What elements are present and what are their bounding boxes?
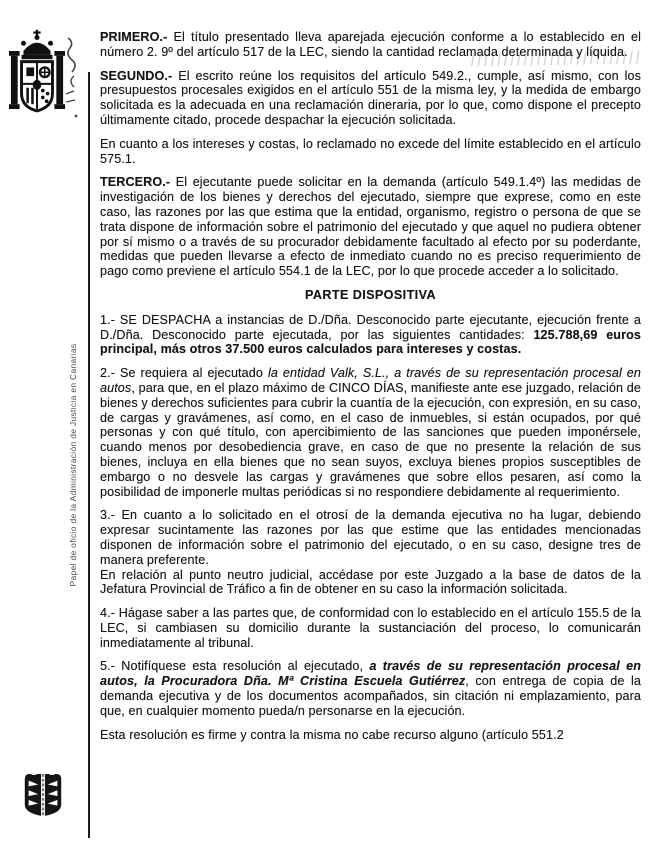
section-heading: PARTE DISPOSITIVA: [100, 288, 641, 303]
text-run: 4.- Hágase saber a las partes que, de co…: [100, 606, 641, 650]
paragraph: 4.- Hágase saber a las partes que, de co…: [100, 606, 641, 650]
stamp-fragment: [609, 16, 613, 30]
stamp-fragment: [549, 17, 564, 26]
text-run: Esta resolución es firme y contra la mis…: [100, 728, 564, 742]
paragraph: 3.- En cuanto a lo solicitado en el otro…: [100, 508, 641, 567]
bottom-ink-stamp-icon: [20, 771, 66, 821]
paragraph: En cuanto a los intereses y costas, lo r…: [100, 137, 641, 167]
paragraph: SEGUNDO.- El escrito reúne los requisito…: [100, 69, 641, 128]
spain-coat-of-arms-icon: [8, 28, 66, 134]
text-run: 2.- Se requiera al ejecutado: [100, 366, 268, 380]
paragraph: En relación al punto neutro judicial, ac…: [100, 568, 641, 598]
stamp-fragment: [591, 16, 604, 31]
paragraph: 1.- SE DESPACHA a instancias de D./Dña. …: [100, 313, 641, 357]
text-run: PARTE DISPOSITIVA: [305, 288, 436, 302]
margin-vertical-rule: [88, 72, 90, 838]
paragraph: TERCERO.- El ejecutante puede solicitar …: [100, 175, 641, 279]
text-run: El escrito reúne los requisitos del artí…: [100, 69, 641, 127]
document-body: PRIMERO.- El título presentado lleva apa…: [100, 30, 641, 751]
text-run: En relación al punto neutro judicial, ac…: [100, 568, 641, 597]
paragraph: Esta resolución es firme y contra la mis…: [100, 728, 641, 743]
margin-annotation-scribble: [60, 32, 82, 128]
text-run: 5.- Notifíquese esta resolución al ejecu…: [100, 659, 369, 673]
text-run: 3.- En cuanto a lo solicitado en el otro…: [100, 508, 641, 566]
text-run: SEGUNDO.-: [100, 69, 178, 83]
paragraph: 5.- Notifíquese esta resolución al ejecu…: [100, 659, 641, 718]
text-run: El ejecutante puede solicitar en la dema…: [100, 175, 641, 278]
stamp-fragment: [616, 16, 620, 30]
stamp-fragment: [624, 13, 639, 28]
text-run: PRIMERO.-: [100, 30, 174, 44]
stamp-fragment: [569, 18, 586, 31]
paragraph: PRIMERO.- El título presentado lleva apa…: [100, 30, 641, 60]
side-label: Papel de oficio de la Administración de …: [68, 344, 78, 587]
text-run: , para que, en el plazo máximo de CINCO …: [100, 381, 641, 499]
scanned-court-document-page: Papel de oficio de la Administración de …: [0, 0, 657, 843]
text-run: El título presentado lleva aparejada eje…: [100, 30, 641, 59]
text-run: En cuanto a los intereses y costas, lo r…: [100, 137, 641, 166]
paragraph: 2.- Se requiera al ejecutado la entidad …: [100, 366, 641, 499]
text-run: TERCERO.-: [100, 175, 176, 189]
